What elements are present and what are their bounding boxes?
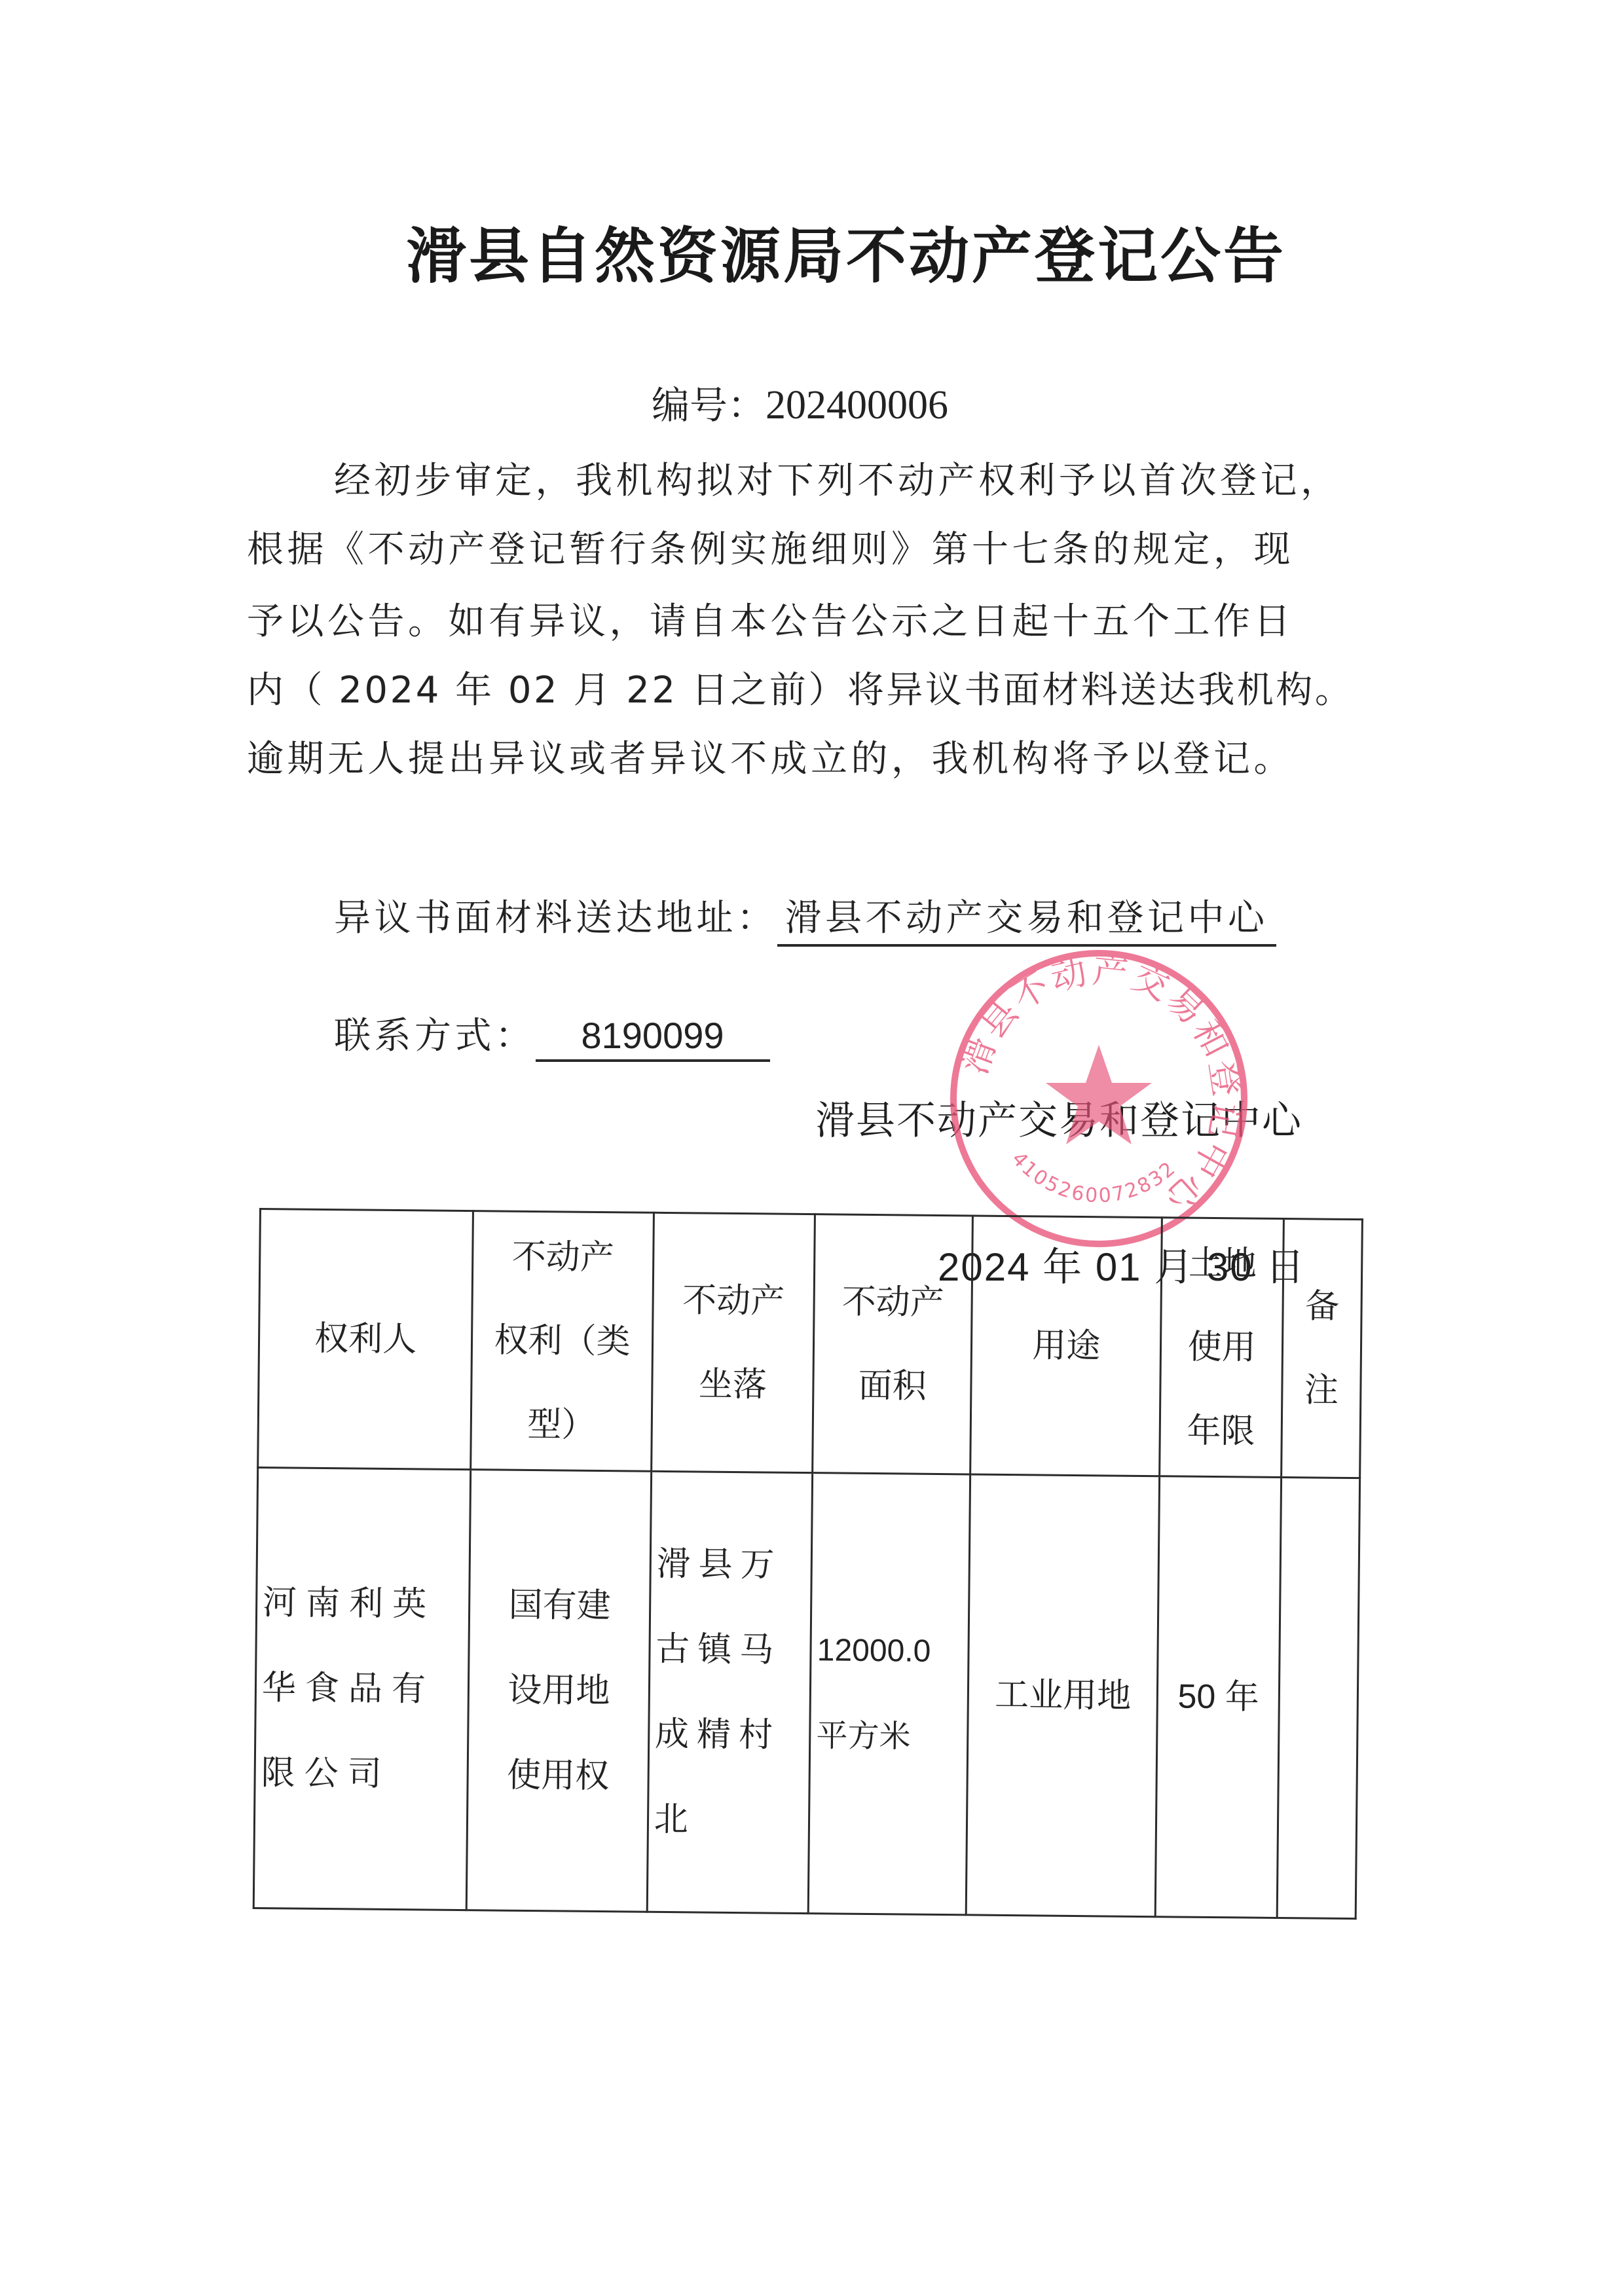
document-number: 编号：202400006 — [652, 374, 948, 429]
cell-line: 限公司 — [261, 1730, 462, 1817]
issuer-signature: 滑县不动产交易和登记中心 — [815, 1089, 1302, 1146]
header-line: 权利人 — [265, 1296, 466, 1382]
table-row: 河南利英 华食品有 限公司 国有建 设用地 使用权 滑县万 古镇马 成精村 北 … — [253, 1467, 1359, 1918]
cell-area: 12000.0 平方米 — [808, 1473, 970, 1915]
header-line: 不动产 — [479, 1214, 648, 1300]
header-line: 注 — [1288, 1348, 1355, 1432]
header-line: 使用 — [1167, 1305, 1277, 1390]
header-area: 不动产 面积 — [813, 1214, 973, 1474]
svg-text:滑县不动产交易和登记中心: 滑县不动产交易和登记中心 — [953, 949, 1248, 1221]
paragraph-line-1: 经初步审定，我机构拟对下列不动产权利予以首次登记， — [334, 452, 1341, 504]
header-line: 型） — [477, 1382, 646, 1467]
cell-location: 滑县万 古镇马 成精村 北 — [647, 1471, 813, 1913]
cell-right-holder: 河南利英 华食品有 限公司 — [253, 1467, 471, 1910]
contact-label: 联系方式： — [334, 1015, 536, 1057]
registration-table: 权利人 不动产 权利（类 型） 不动产 坐落 不动产 面积 用途 土地 使用 年… — [253, 1208, 1363, 1918]
paragraph-line-4: 内（ 2024 年 02 月 22 日之前）将异议书面材料送达我机构。 — [247, 661, 1354, 714]
cell-line: 滑县万 — [656, 1522, 806, 1608]
cell-line: 华食品有 — [261, 1645, 462, 1732]
header-line: 坐落 — [658, 1342, 808, 1427]
table-header-row: 权利人 不动产 权利（类 型） 不动产 坐落 不动产 面积 用途 土地 使用 年… — [258, 1209, 1363, 1478]
paragraph-line-2: 根据《不动产登记暂行条例实施细则》第十七条的规定，现 — [247, 520, 1294, 573]
header-line: 权利（类 — [478, 1298, 647, 1383]
cell-line: 使用权 — [473, 1732, 642, 1819]
contact-value: 8190099 — [536, 1014, 770, 1062]
document-number-value: 202400006 — [766, 383, 948, 428]
cell-line: 12000.0 — [817, 1608, 963, 1694]
stamp-serial: 4105260072832 — [1007, 1148, 1181, 1207]
contact-row: 联系方式：8190099 — [334, 1007, 770, 1062]
address-label: 异议书面材料送达地址： — [334, 897, 777, 939]
cell-usage: 工业用地 — [966, 1474, 1160, 1917]
header-remarks: 备 注 — [1282, 1219, 1363, 1478]
header-land-term: 土地 使用 年限 — [1160, 1218, 1283, 1478]
header-location: 不动产 坐落 — [651, 1212, 815, 1472]
cell-land-term: 50 年 — [1156, 1476, 1282, 1918]
cell-line: 设用地 — [475, 1647, 644, 1734]
document-number-label: 编号： — [652, 383, 766, 428]
address-value: 滑县不动产交易和登记中心 — [777, 889, 1276, 947]
header-right-type: 不动产 权利（类 型） — [471, 1211, 654, 1472]
cell-remarks — [1277, 1478, 1359, 1919]
address-row: 异议书面材料送达地址：滑县不动产交易和登记中心 — [334, 889, 1276, 947]
cell-line: 河南利英 — [263, 1560, 464, 1647]
svg-text:4105260072832: 4105260072832 — [1007, 1148, 1181, 1207]
cell-line: 古镇马 — [655, 1607, 805, 1693]
stamp-ring-text: 滑县不动产交易和登记中心 — [953, 949, 1248, 1221]
cell-right-type: 国有建 设用地 使用权 — [466, 1470, 651, 1912]
header-line: 不动产 — [820, 1260, 966, 1345]
header-line: 土地 — [1168, 1221, 1278, 1306]
cell-line: 成精村 — [654, 1692, 804, 1778]
cell-line: 国有建 — [475, 1562, 644, 1649]
paragraph-line-5: 逾期无人提出异议或者异议不成立的，我机构将予以登记。 — [247, 730, 1294, 782]
header-line: 面积 — [819, 1343, 965, 1429]
header-line: 年限 — [1166, 1389, 1276, 1474]
header-line: 备 — [1289, 1264, 1356, 1349]
cell-line: 北 — [654, 1777, 803, 1863]
header-line: 不动产 — [659, 1258, 809, 1343]
cell-line: 平方米 — [816, 1693, 962, 1779]
page-title: 滑县自然资源局不动产登记公告 — [406, 208, 1251, 295]
header-usage: 用途 — [970, 1216, 1162, 1476]
header-line: 用途 — [978, 1303, 1156, 1389]
paragraph-line-3: 予以公告。如有异议，请自本公告公示之日起十五个工作日 — [247, 592, 1294, 645]
header-right-holder: 权利人 — [258, 1209, 473, 1470]
